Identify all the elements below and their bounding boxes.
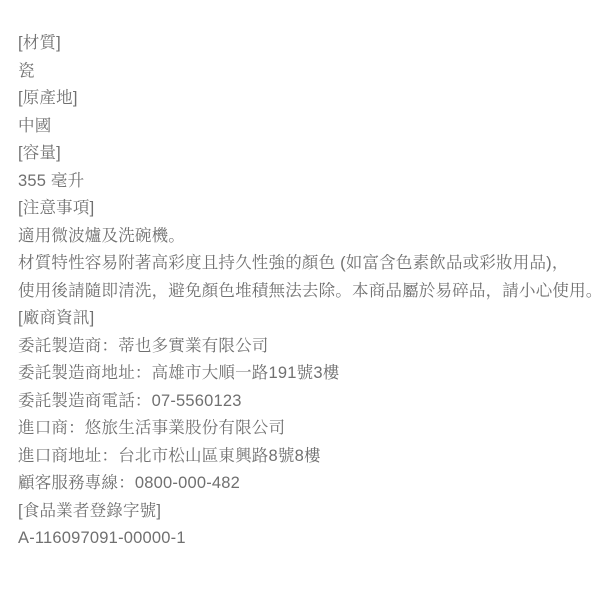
vendor-manufacturer-address: 委託製造商地址：高雄市大順一路191號3樓 [18, 360, 600, 388]
product-info-section: [材質] 瓷 [原產地] 中國 [容量] 355 毫升 [注意事項] 適用微波爐… [18, 30, 600, 553]
registration-section-label: [食品業者登錄字號] [18, 498, 600, 526]
origin-section-label: [原產地] [18, 85, 600, 113]
capacity-value: 355 毫升 [18, 168, 600, 196]
origin-value: 中國 [18, 113, 600, 141]
vendor-importer-address: 進口商地址：台北市松山區東興路8號8樓 [18, 443, 600, 471]
material-section-label: [材質] [18, 30, 600, 58]
vendor-manufacturer: 委託製造商：蒂也多實業有限公司 [18, 333, 600, 361]
notice-line: 材質特性容易附著高彩度且持久性強的顏色 (如富含色素飲品或彩妝用品)， [18, 250, 600, 278]
vendor-manufacturer-phone: 委託製造商電話：07-5560123 [18, 388, 600, 416]
notice-line: 使用後請隨即清洗，避免顏色堆積無法去除。本商品屬於易碎品，請小心使用。 [18, 278, 600, 306]
vendor-importer: 進口商：悠旅生活事業股份有限公司 [18, 415, 600, 443]
notice-line: 適用微波爐及洗碗機。 [18, 223, 600, 251]
material-value: 瓷 [18, 58, 600, 86]
notice-section-label: [注意事項] [18, 195, 600, 223]
vendor-section-label: [廠商資訊] [18, 305, 600, 333]
capacity-section-label: [容量] [18, 140, 600, 168]
vendor-service-line: 顧客服務專線：0800-000-482 [18, 470, 600, 498]
registration-value: A-116097091-00000-1 [18, 525, 600, 553]
